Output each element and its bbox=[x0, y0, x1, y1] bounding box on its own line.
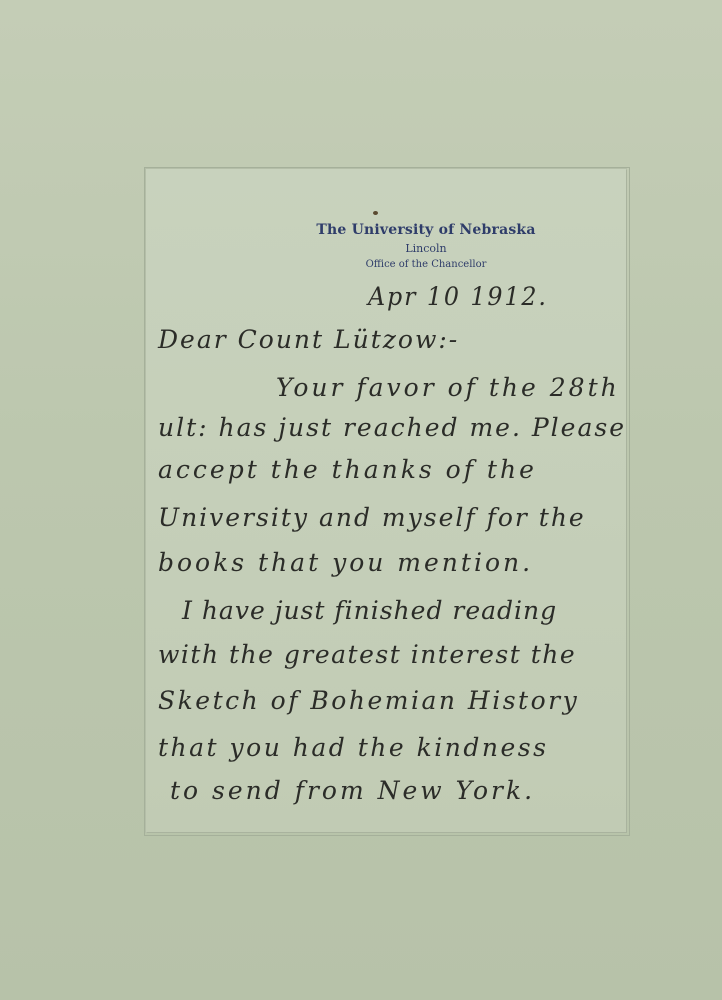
letterhead: The University of Nebraska Lincoln Offic… bbox=[146, 222, 626, 270]
body-line-5: books that you mention. bbox=[158, 548, 533, 577]
body-line-6: I have just finished reading bbox=[182, 596, 557, 625]
body-line-2: ult: has just reached me. Please bbox=[158, 413, 626, 442]
body-line-3: accept the thanks of the bbox=[158, 455, 537, 484]
body-line-1: Your favor of the 28th bbox=[276, 373, 620, 402]
body-line-10: to send from New York. bbox=[170, 776, 535, 805]
paper-blemish bbox=[373, 211, 378, 215]
letterhead-institution: The University of Nebraska bbox=[226, 222, 626, 238]
body-line-8: Sketch of Bohemian History bbox=[158, 686, 579, 715]
body-line-9: that you had the kindness bbox=[158, 733, 548, 762]
letterhead-city: Lincoln bbox=[226, 242, 626, 255]
body-line-7: with the greatest interest the bbox=[158, 640, 576, 669]
body-line-4: University and myself for the bbox=[158, 503, 586, 532]
letter-date: Apr 10 1912. bbox=[368, 282, 548, 311]
letter-salutation: Dear Count Lützow:- bbox=[158, 325, 459, 354]
letterhead-office: Office of the Chancellor bbox=[226, 259, 626, 270]
